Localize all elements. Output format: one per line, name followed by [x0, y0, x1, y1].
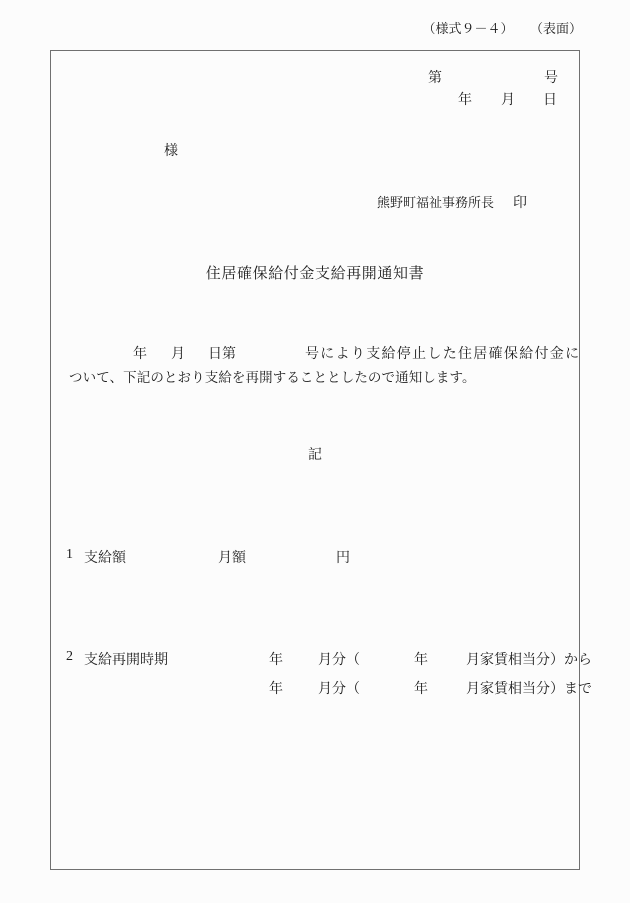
item2-l1-rest: 月家賃相当分）から: [466, 649, 592, 669]
record-marker: 記: [51, 444, 579, 462]
seal-placeholder: 印: [513, 192, 527, 212]
item2-number: 2: [66, 649, 73, 665]
document-number-line: 第 号: [51, 67, 579, 85]
item2-l2-year2: 年: [414, 678, 428, 698]
item1-monthly-label: 月額: [218, 547, 246, 567]
item1-label: 支給額: [84, 547, 126, 567]
item2-l2-month-paren: 月分（: [318, 678, 360, 698]
body-year-label: 年: [133, 343, 147, 363]
item1-number: 1: [66, 547, 73, 563]
body-line2-text: ついて、下記のとおり支給を再開することとしたので通知します。: [69, 366, 476, 386]
addressee-line: 様: [51, 140, 579, 158]
form-frame: 第 号 年 月 日 様 熊野町福祉事務所長 印 住居確保給付金支給再開通知書 年…: [50, 50, 580, 870]
item2-line-1: 2 支給再開時期 年 月分（ 年 月家賃相当分）から: [51, 649, 579, 667]
form-code-line: （様式９－４） （表面）: [422, 18, 582, 37]
side-label: （表面）: [530, 18, 582, 37]
item1-yen-label: 円: [336, 547, 350, 567]
item2-label: 支給再開時期: [84, 649, 168, 669]
issuer-title: 熊野町福祉事務所長: [377, 192, 494, 211]
issuer-line: 熊野町福祉事務所長 印: [51, 192, 579, 210]
item2-line-2: 年 月分（ 年 月家賃相当分）まで: [51, 678, 579, 696]
form-code: （様式９－４）: [422, 18, 513, 37]
doc-no-suffix: 号: [544, 67, 558, 87]
item1-line: 1 支給額 月額 円: [51, 547, 579, 565]
date-year-label: 年: [458, 89, 472, 109]
body-month-label: 月: [171, 343, 185, 363]
body-day-no-label: 日第: [208, 343, 236, 363]
date-day-label: 日: [543, 89, 557, 109]
item2-l2-year: 年: [269, 678, 283, 698]
document-title: 住居確保給付金支給再開通知書: [51, 262, 579, 280]
body-line1-text: 号により支給停止した住居確保給付金に: [305, 343, 580, 363]
document-page: （様式９－４） （表面） 第 号 年 月 日 様 熊野町福祉事務所長 印 住居確…: [0, 0, 630, 903]
item2-l2-rest: 月家賃相当分）まで: [466, 678, 592, 698]
date-month-label: 月: [501, 89, 515, 109]
item2-l1-year: 年: [269, 649, 283, 669]
date-line: 年 月 日: [51, 89, 579, 107]
item2-l1-year2: 年: [414, 649, 428, 669]
body-line-1: 年 月 日第 号により支給停止した住居確保給付金に: [51, 343, 579, 361]
doc-no-prefix: 第: [428, 67, 442, 87]
addressee-honorific: 様: [164, 140, 178, 160]
item2-l1-month-paren: 月分（: [318, 649, 360, 669]
body-line-2: ついて、下記のとおり支給を再開することとしたので通知します。: [51, 366, 579, 384]
